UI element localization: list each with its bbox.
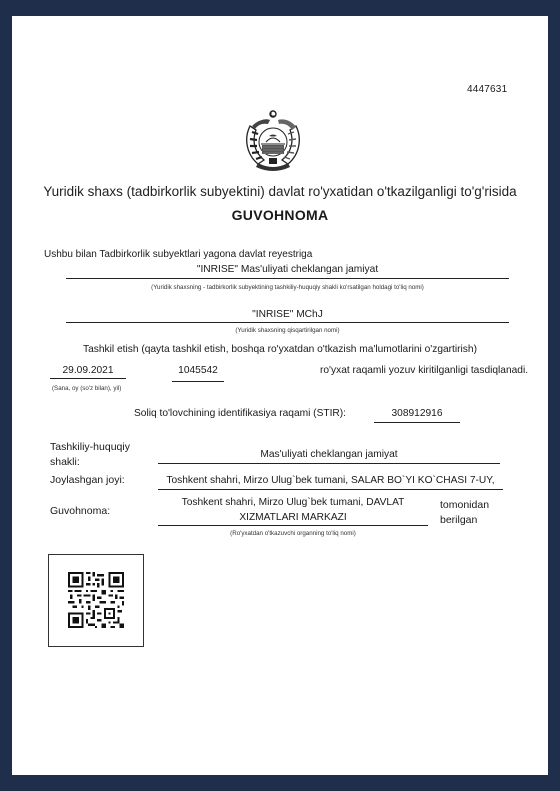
registration-date-caption: (Sana, oy (so'z bilan), yil): [52, 385, 121, 392]
full-name-value: "INRISE" Mas'uliyati cheklangan jamiyat: [66, 264, 509, 275]
full-name-caption: (Yuridik shaxsning - tadbirkorlik subyek…: [66, 284, 509, 291]
tin-underline: [374, 422, 460, 423]
legal-form-value: Mas'uliyati cheklangan jamiyat: [158, 449, 500, 460]
tin-value: 308912916: [374, 408, 460, 419]
short-name-underline: [66, 322, 509, 323]
legal-form-label-1: Tashkiliy-huquqiy: [50, 441, 130, 453]
registration-confirmation: ro'yxat raqamli yozuv kiritilganligi tas…: [320, 365, 528, 376]
issuer-value-line1: Toshkent shahri, Mirzo Ulug`bek tumani, …: [158, 497, 428, 508]
intro-text: Ushbu bilan Tadbirkorlik subyektlari yag…: [44, 249, 312, 260]
legal-form-label-2: shakli:: [50, 456, 80, 468]
registration-number-underline: [172, 381, 224, 382]
serial-number: 4447631: [467, 84, 507, 95]
full-name-underline: [66, 278, 509, 279]
short-name-value: "INRISE" MChJ: [66, 309, 509, 320]
legal-form-underline: [158, 463, 500, 464]
certificate-page: 4447631 Yuridik shaxs (tadbirkorlik suby…: [12, 16, 548, 775]
certificate-title: GUVOHNOMA: [12, 207, 548, 223]
registration-date-underline: [50, 378, 126, 379]
issuer-underline: [158, 525, 428, 526]
registration-date: 29.09.2021: [50, 365, 126, 376]
registration-number: 1045542: [172, 365, 224, 376]
issuer-suffix-line1: tomonidan: [440, 499, 489, 511]
issuer-suffix-line2: berilgan: [440, 514, 477, 526]
tin-label: Soliq to'lovchining identifikasiya raqam…: [134, 408, 346, 419]
registration-action: Tashkil etish (qayta tashkil etish, bosh…: [12, 344, 548, 355]
certificate-subtitle: Yuridik shaxs (tadbirkorlik subyektini) …: [12, 184, 548, 199]
location-value: Toshkent shahri, Mirzo Ulug`bek tumani, …: [158, 475, 503, 486]
location-label: Joylashgan joyi:: [50, 474, 125, 486]
location-underline: [158, 489, 503, 490]
state-emblem-icon: [240, 108, 306, 174]
issuer-value-line2: XIZMATLARI MARKAZI: [158, 512, 428, 523]
issuer-label: Guvohnoma:: [50, 505, 110, 517]
issuer-caption: (Ro'yxatdan o'tkazuvchi organning to'liq…: [158, 530, 428, 537]
qr-code-frame: [48, 554, 144, 647]
short-name-caption: (Yuridik shaxsning qisqartirilgan nomi): [66, 327, 509, 334]
qr-code-icon[interactable]: [68, 572, 124, 628]
